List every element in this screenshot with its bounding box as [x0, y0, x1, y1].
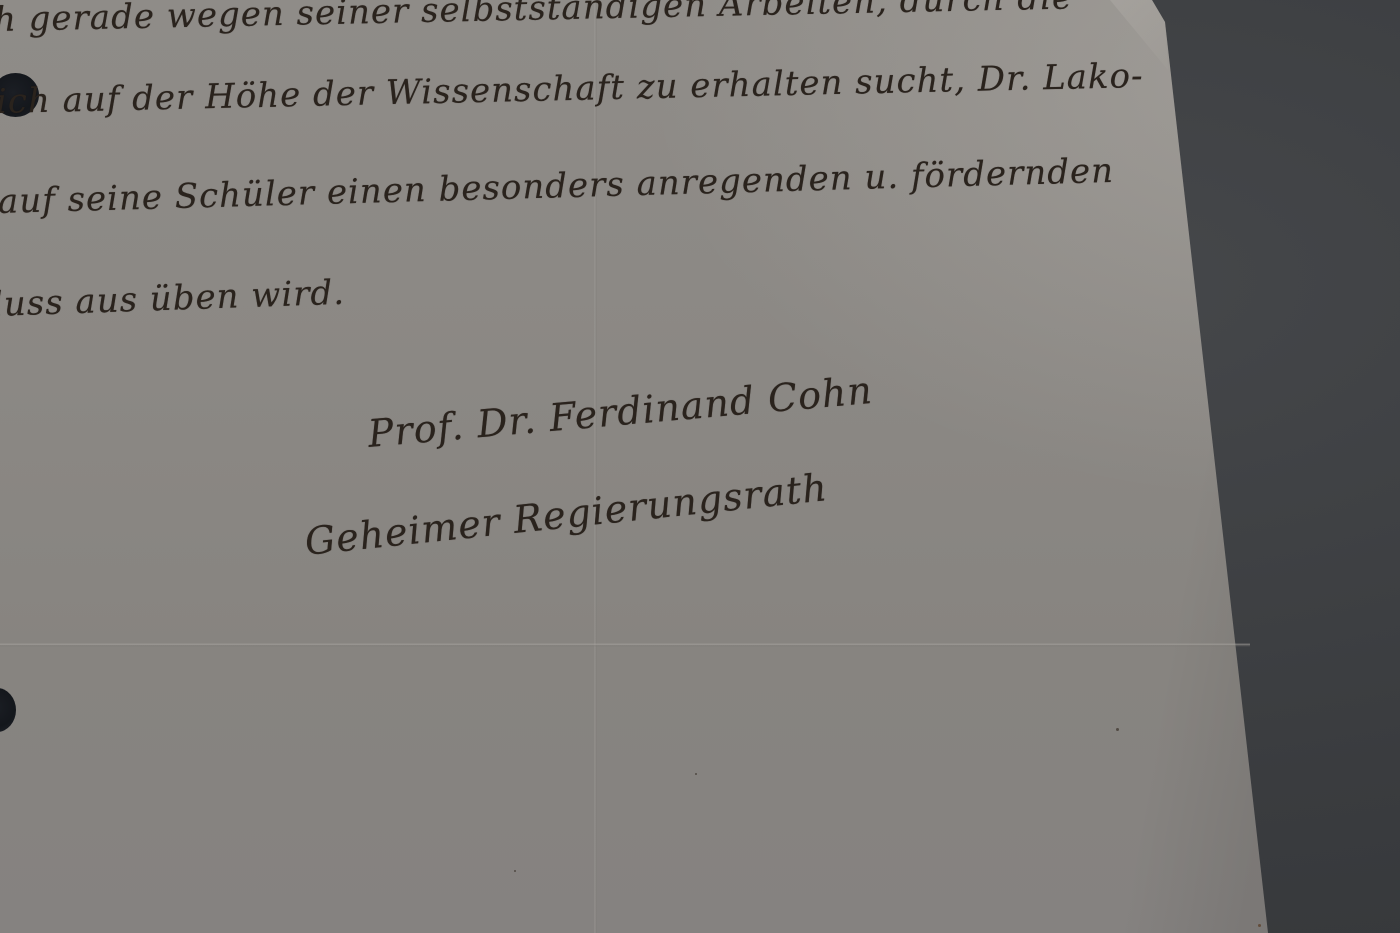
- paper-speck: [695, 773, 697, 775]
- paper-speck: [1116, 728, 1119, 731]
- paper-speck: [514, 870, 516, 872]
- paper-speck: [1258, 924, 1261, 927]
- vertical-fold-line: [594, 0, 597, 933]
- horizontal-fold-line: [0, 643, 1250, 647]
